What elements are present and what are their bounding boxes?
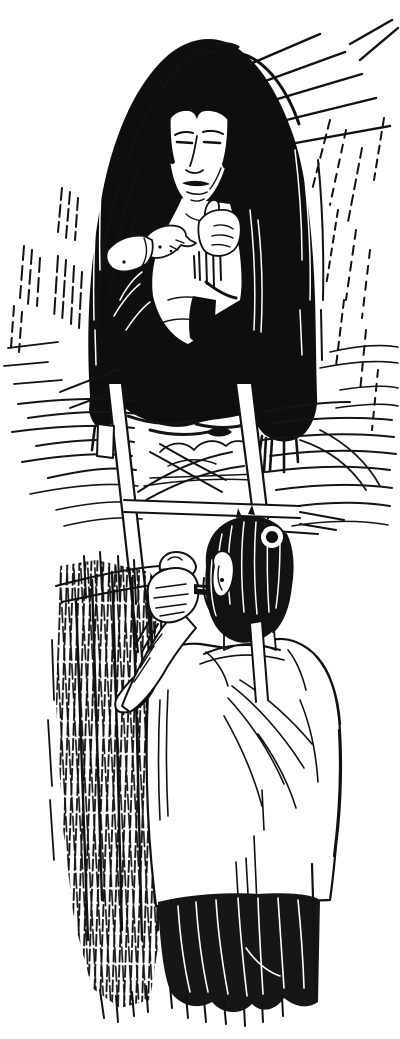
upper-man-vest-notch bbox=[189, 296, 216, 342]
illustration bbox=[0, 0, 400, 1039]
illustration-canvas bbox=[0, 0, 400, 1039]
ladder-bracket bbox=[97, 424, 114, 458]
